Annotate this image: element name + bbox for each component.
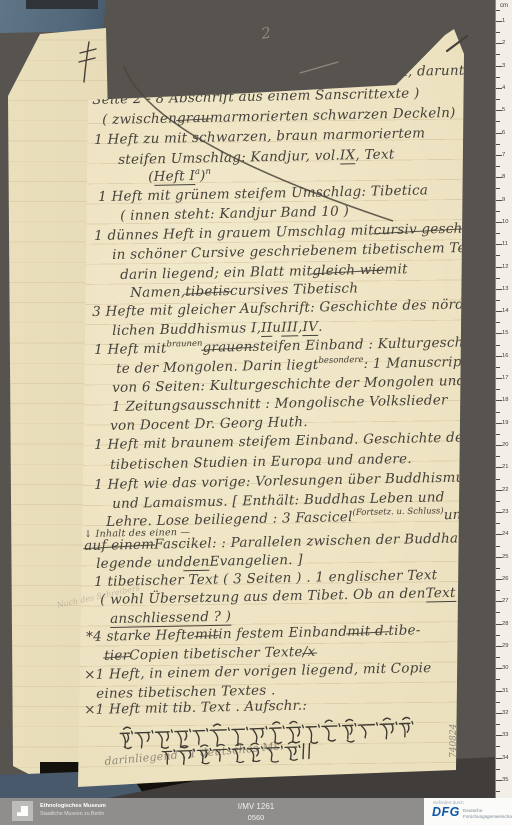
ruler-tick-label: 32 xyxy=(502,710,508,716)
ruler-tick-label: 21 xyxy=(502,464,508,470)
ruler-half-tick xyxy=(496,166,500,167)
ruler-tick-label: 35 xyxy=(502,777,508,783)
ruler-half-tick xyxy=(496,10,500,11)
manuscript-line: anschliessend ? ) xyxy=(110,609,231,628)
ruler-half-tick xyxy=(496,635,500,636)
ruler-half-tick xyxy=(496,501,500,502)
ruler-tick-label: 33 xyxy=(502,732,508,738)
ruler-tick-label: 26 xyxy=(502,576,508,582)
ruler-half-tick xyxy=(496,590,500,591)
pencil-mark: 740824 xyxy=(449,724,459,758)
pencil-mark: 2 xyxy=(260,24,272,43)
ruler-half-tick xyxy=(496,322,500,323)
ruler-half-tick xyxy=(496,345,500,346)
ruler-half-tick xyxy=(496,679,500,680)
ruler-half-tick xyxy=(496,389,500,390)
ruler-half-tick xyxy=(496,99,500,100)
ruler-half-tick xyxy=(496,769,500,770)
ruler-half-tick xyxy=(496,121,500,122)
ruler-half-tick xyxy=(496,188,500,189)
ruler-half-tick xyxy=(496,568,500,569)
ruler-half-tick xyxy=(496,255,500,256)
ruler-tick-label: 14 xyxy=(502,308,508,314)
ruler-half-tick xyxy=(496,724,500,725)
ruler-tick-label: 13 xyxy=(502,286,508,292)
ruler-tick-label: 22 xyxy=(502,487,508,493)
ruler-tick-label: 18 xyxy=(502,397,508,403)
ruler-half-tick xyxy=(496,300,500,301)
ruler-tick-label: 11 xyxy=(502,241,508,247)
manuscript-line: ( Heft Ia )n xyxy=(148,168,211,186)
ruler-half-tick xyxy=(496,523,500,524)
pencil-dash-mark xyxy=(300,62,338,73)
cover-notch xyxy=(26,0,98,9)
ruler-tick-label: 15 xyxy=(502,330,508,336)
ruler-tick-label: 17 xyxy=(502,375,508,381)
ruler-tick-label: 16 xyxy=(502,353,508,359)
ruler-tick-label: 27 xyxy=(502,598,508,604)
ruler-half-tick xyxy=(496,144,500,145)
ruler-tick-label: 34 xyxy=(502,755,508,761)
ruler-half-tick xyxy=(496,32,500,33)
ruler-half-tick xyxy=(496,77,500,78)
ruler-tick-label: 7 xyxy=(502,152,505,158)
ruler-tick-label: 24 xyxy=(502,531,508,537)
ruler-unit-label: cm xyxy=(500,3,508,9)
ruler-half-tick xyxy=(496,233,500,234)
ruler-tick-label: 4 xyxy=(502,85,505,91)
ruler-half-tick xyxy=(496,412,500,413)
ruler-half-tick xyxy=(496,746,500,747)
ruler-half-tick xyxy=(496,456,500,457)
ruler-tick-label: 20 xyxy=(502,442,508,448)
ruler-tick-label: 8 xyxy=(502,174,505,180)
ruler-half-tick xyxy=(496,479,500,480)
ruler-tick-label: 12 xyxy=(502,264,508,270)
ruler-tick-label: 6 xyxy=(502,130,505,136)
ruler-tick-label: 10 xyxy=(502,219,508,225)
ruler-tick-label: 29 xyxy=(502,643,508,649)
ruler-half-tick xyxy=(496,702,500,703)
ruler-tick-label: 3 xyxy=(502,63,505,69)
ruler-tick-label: 31 xyxy=(502,688,508,694)
ruler-tick-label: 25 xyxy=(502,554,508,560)
cm-ruler: cm 1234567891011121314151617181920212223… xyxy=(495,0,512,798)
ruler-half-tick xyxy=(496,612,500,613)
ruler-half-tick xyxy=(496,657,500,658)
ruler-tick-label: 23 xyxy=(502,509,508,515)
ruler-tick-label: 5 xyxy=(502,107,505,113)
dfg-logo: DFG xyxy=(432,805,460,819)
ruler-half-tick xyxy=(496,211,500,212)
ruler-half-tick xyxy=(496,278,500,279)
dfg-name: Deutsche Forschungsgemeinschaft xyxy=(463,808,512,819)
ruler-tick-label: 30 xyxy=(502,665,508,671)
ruler-tick-label: 28 xyxy=(502,621,508,627)
digitization-footer-bar: Ethnologisches Museum Staatliche Museen … xyxy=(0,798,512,825)
ruler-half-tick xyxy=(496,367,500,368)
ruler-tick-label: 1 xyxy=(502,18,505,24)
ruler-half-tick xyxy=(496,791,500,792)
dfg-logo-box: Gefördert durch DFG Deutsche Forschungsg… xyxy=(424,798,512,825)
ruler-half-tick xyxy=(496,546,500,547)
manuscript-line: 1 Convolut tibetischer und Sanscritarbei… xyxy=(96,62,480,86)
ruler-half-tick xyxy=(496,54,500,55)
ruler-tick-label: 2 xyxy=(502,40,505,46)
ruler-tick-label: 19 xyxy=(502,420,508,426)
ruler-half-tick xyxy=(496,434,500,435)
ruler-tick-label: 9 xyxy=(502,197,505,203)
